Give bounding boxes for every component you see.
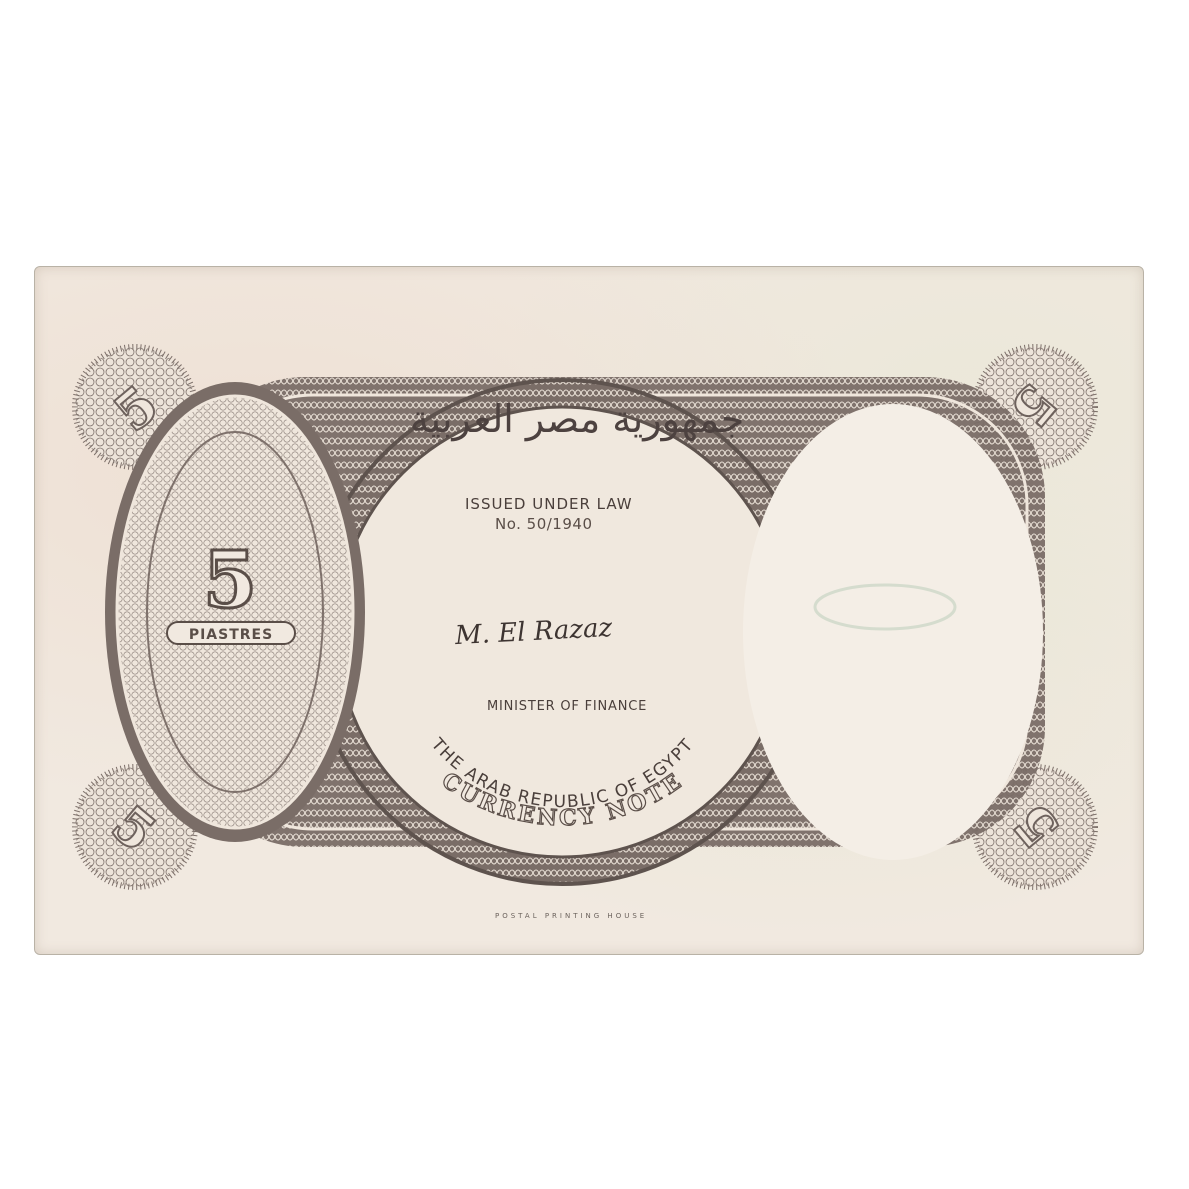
watermark-area — [743, 404, 1043, 860]
denomination-numeral: 5 — [203, 535, 257, 626]
denomination-panel: 5 PIASTRES — [105, 382, 365, 842]
arabic-title: جمهورية مصر العربية — [410, 397, 744, 441]
signatory-title: MINISTER OF FINANCE — [487, 699, 647, 714]
banknote: 5 5 5 5 5 PIASTRES — [34, 266, 1144, 955]
law-number: No. 50/1940 — [495, 515, 593, 533]
banknote-artwork: 5 5 5 5 5 PIASTRES — [35, 267, 1143, 954]
issued-under-law: ISSUED UNDER LAW — [465, 495, 633, 513]
denomination-unit: PIASTRES — [189, 627, 273, 643]
printer-imprint: POSTAL PRINTING HOUSE — [495, 912, 647, 920]
